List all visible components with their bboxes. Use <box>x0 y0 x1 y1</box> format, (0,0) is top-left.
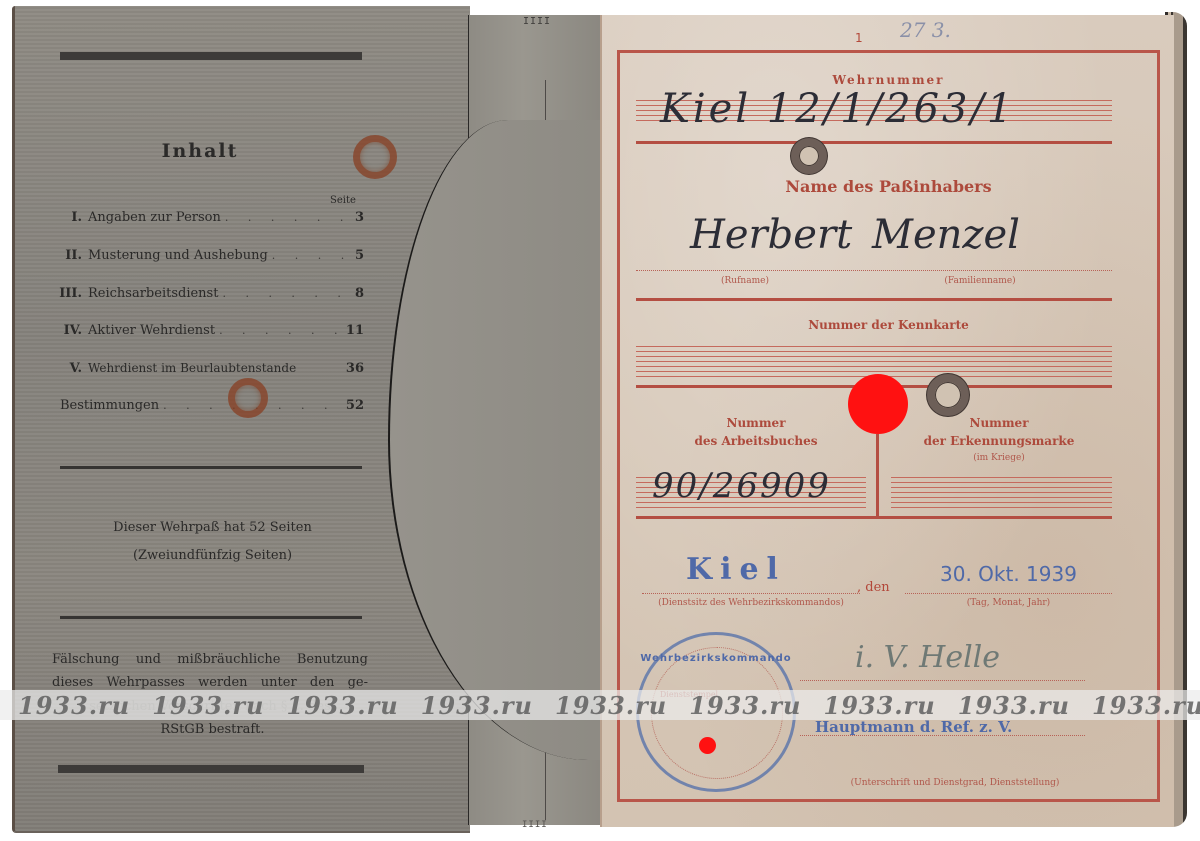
last-name-caption: (Familienname) <box>925 276 1035 286</box>
page-number: 1 <box>855 31 863 45</box>
signature: i. V. Helle <box>855 640 1000 675</box>
watermark-text: 1933.ru <box>18 691 130 720</box>
watermark-text: 1933.ru <box>824 691 936 720</box>
toc-page: 5 <box>355 248 364 263</box>
toc-dots: . . . . . . . . . . <box>225 211 351 224</box>
pages-note: Dieser Wehrpaß hat 52 Seiten <box>40 520 385 535</box>
arbeitsbuch-label: Nummer <box>636 416 876 430</box>
toc-row: II. Musterung und Aushebung . . . . . . … <box>44 248 364 268</box>
red-dot-marker-small <box>699 737 716 754</box>
toc-row: I. Angaben zur Person . . . . . . . . . … <box>44 210 364 230</box>
first-name-caption: (Rufname) <box>700 276 790 286</box>
top-rule <box>60 52 362 60</box>
signature-caption: (Unterschrift und Dienstgrad, Dienststel… <box>820 778 1090 788</box>
toc-dots: . . . . . . . . . . <box>222 287 351 300</box>
divider-rule <box>60 616 362 619</box>
watermark-text: 1933.ru <box>287 691 399 720</box>
toc-num: II. <box>44 248 82 263</box>
watermark-text: 1933.ru <box>958 691 1070 720</box>
divider-rule <box>60 466 362 469</box>
rust-stain <box>353 135 397 179</box>
toc-row: IV. Aktiver Wehrdienst . . . . . . . . .… <box>44 323 364 343</box>
wehrnummer-label: Wehrnummer <box>617 73 1160 87</box>
rank-stamp: Hauptmann d. Ref. z. V. <box>815 718 1012 736</box>
erkennungsmarke-label: Nummer <box>886 416 1112 430</box>
name-label: Name des Paßinhabers <box>617 177 1160 196</box>
pages-note-words: (Zweiundfünfzig Seiten) <box>40 548 385 563</box>
warning-line: RStGB bestraft. <box>40 722 385 737</box>
toc-label: Wehrdienst im Beurlaubtenstande <box>88 361 296 375</box>
toc-row: Bestimmungen . . . . . . . . . . . 52 <box>60 398 364 418</box>
rust-stain <box>228 378 268 418</box>
toc-num: IV. <box>44 323 82 338</box>
toc-title: Inhalt <box>0 140 400 162</box>
warning-line: dieses Wehrpasses werden unter den ge- <box>52 675 368 690</box>
section-bar <box>636 141 1112 144</box>
toc-label: Reichsarbeitsdienst <box>88 286 218 301</box>
toc-page: 3 <box>355 210 364 225</box>
watermark-text: 1933.ru <box>1092 691 1200 720</box>
watermark-strip: 1933.ru 1933.ru 1933.ru 1933.ru 1933.ru … <box>0 690 1200 720</box>
toc-num: V. <box>44 361 82 376</box>
toc-page: 8 <box>355 286 364 301</box>
watermark-text: 1933.ru <box>152 691 264 720</box>
section-bar <box>636 516 1112 519</box>
toc-num: I. <box>44 210 82 225</box>
watermark-text: 1933.ru <box>555 691 667 720</box>
pencil-note: 27 3. <box>900 18 951 42</box>
toc-label: Musterung und Aushebung <box>88 248 268 263</box>
signature-dotted-line <box>800 680 1085 681</box>
watermark-text: 1933.ru <box>421 691 533 720</box>
name-dotted-line <box>636 270 1112 271</box>
seal-text: Wehrbezirkskommando <box>639 653 793 664</box>
column-divider <box>876 434 879 516</box>
toc-label: Angaben zur Person <box>88 210 221 225</box>
erkennungsmarke-lines <box>891 477 1112 511</box>
place-caption: (Dienstsitz des Wehrbezirkskommandos) <box>642 598 860 608</box>
spine-marks-bottom: IIII <box>522 820 548 830</box>
toc-dots: . . . . . . . . . . <box>272 249 351 262</box>
eyelet <box>927 374 969 416</box>
rank-dotted-line <box>800 735 1085 736</box>
arbeitsbuch-value: 90/26909 <box>652 466 831 506</box>
toc-row: V. Wehrdienst im Beurlaubtenstande 36 <box>44 361 364 381</box>
toc-page: 11 <box>346 323 364 338</box>
date-caption: (Tag, Monat, Jahr) <box>905 598 1112 608</box>
bottom-rule <box>58 765 364 773</box>
kennkarte-label: Nummer der Kennkarte <box>617 318 1160 332</box>
toc-label: Bestimmungen <box>60 398 159 413</box>
date-stamp: 30. Okt. 1939 <box>940 562 1077 586</box>
erkennungsmarke-caption: (im Kriege) <box>886 453 1112 463</box>
toc-seite-label: Seite <box>330 195 356 206</box>
erkennungsmarke-label-2: der Erkennungsmarke <box>886 434 1112 448</box>
toc-label: Aktiver Wehrdienst <box>88 323 215 338</box>
eyelet <box>791 138 827 174</box>
place-dotted-line <box>642 593 860 594</box>
toc-page: 52 <box>346 398 364 413</box>
den-label: , den <box>857 580 890 595</box>
toc-dots: . . . . . . . . . . <box>219 324 342 337</box>
spine-marks-top: IIII <box>523 16 551 27</box>
toc-page: 36 <box>346 361 364 376</box>
watermark-text: 1933.ru <box>689 691 801 720</box>
warning-line: Fälschung und mißbräuchliche Benutzung <box>52 652 368 667</box>
wehrnummer-value: Kiel 12/1/263/1 <box>660 86 1015 132</box>
toc-num: III. <box>44 286 82 301</box>
toc-row: III. Reichsarbeitsdienst . . . . . . . .… <box>44 286 364 306</box>
date-dotted-line <box>905 593 1112 594</box>
place-stamp: Kiel <box>686 552 786 587</box>
first-name: Herbert <box>690 212 852 258</box>
last-name: Menzel <box>872 212 1020 258</box>
arbeitsbuch-label-2: des Arbeitsbuches <box>636 434 876 448</box>
section-bar <box>636 298 1112 301</box>
